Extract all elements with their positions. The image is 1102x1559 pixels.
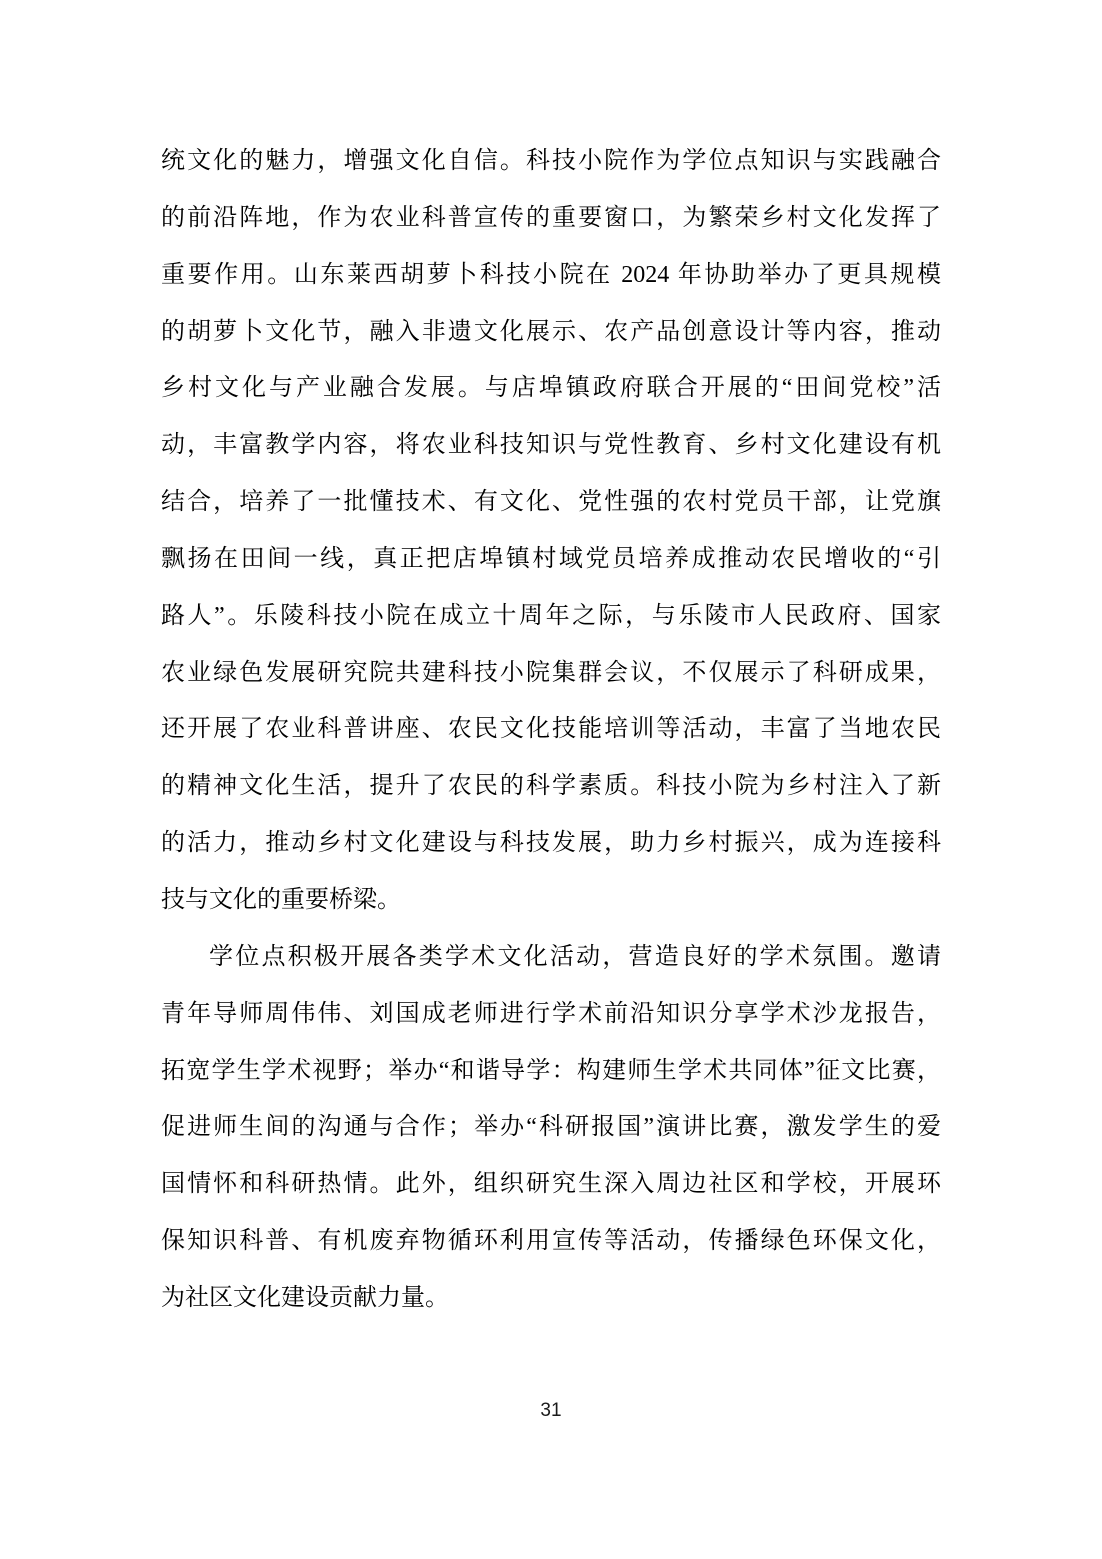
text-line: 结合，培养了一批懂技术、有文化、党性强的农村党员干部，让党旗 — [161, 474, 941, 531]
text-line: 农业绿色发展研究院共建科技小院集群会议，不仅展示了科研成果， — [161, 645, 941, 702]
page-footer: 31 — [0, 1400, 1102, 1422]
text-line: 的活力，推动乡村文化建设与科技发展，助力乡村振兴，成为连接科 — [161, 815, 941, 872]
text-line: 的精神文化生活，提升了农民的科学素质。科技小院为乡村注入了新 — [161, 758, 941, 815]
document-page: 统文化的魅力，增强文化自信。科技小院作为学位点知识与实践融合的前沿阵地，作为农业… — [0, 0, 1102, 1559]
text-line: 青年导师周伟伟、刘国成老师进行学术前沿知识分享学术沙龙报告， — [161, 986, 941, 1043]
text-line: 保知识科普、有机废弃物循环利用宣传等活动，传播绿色环保文化， — [161, 1213, 941, 1270]
text-line: 还开展了农业科普讲座、农民文化技能培训等活动，丰富了当地农民 — [161, 701, 941, 758]
text-line: 统文化的魅力，增强文化自信。科技小院作为学位点知识与实践融合 — [161, 133, 941, 190]
text-line: 的胡萝卜文化节，融入非遗文化展示、农产品创意设计等内容，推动 — [161, 304, 941, 361]
text-line: 技与文化的重要桥梁。 — [161, 872, 941, 929]
text-line: 重要作用。山东莱西胡萝卜科技小院在 2024 年协助举办了更具规模 — [161, 247, 941, 304]
text-line: 学位点积极开展各类学术文化活动，营造良好的学术氛围。邀请 — [161, 929, 941, 986]
text-line: 促进师生间的沟通与合作；举办“科研报国”演讲比赛，激发学生的爱 — [161, 1099, 941, 1156]
text-line: 为社区文化建设贡献力量。 — [161, 1270, 941, 1327]
text-line: 的前沿阵地，作为农业科普宣传的重要窗口，为繁荣乡村文化发挥了 — [161, 190, 941, 247]
text-line: 国情怀和科研热情。此外，组织研究生深入周边社区和学校，开展环 — [161, 1156, 941, 1213]
text-line: 路人”。乐陵科技小院在成立十周年之际，与乐陵市人民政府、国家 — [161, 588, 941, 645]
text-line: 拓宽学生学术视野；举办“和谐导学：构建师生学术共同体”征文比赛， — [161, 1043, 941, 1100]
page-number: 31 — [540, 1400, 561, 1421]
text-line: 动，丰富教学内容，将农业科技知识与党性教育、乡村文化建设有机 — [161, 417, 941, 474]
text-line: 飘扬在田间一线，真正把店埠镇村域党员培养成推动农民增收的“引 — [161, 531, 941, 588]
text-line: 乡村文化与产业融合发展。与店埠镇政府联合开展的“田间党校”活 — [161, 360, 941, 417]
body-text: 统文化的魅力，增强文化自信。科技小院作为学位点知识与实践融合的前沿阵地，作为农业… — [161, 133, 941, 1327]
